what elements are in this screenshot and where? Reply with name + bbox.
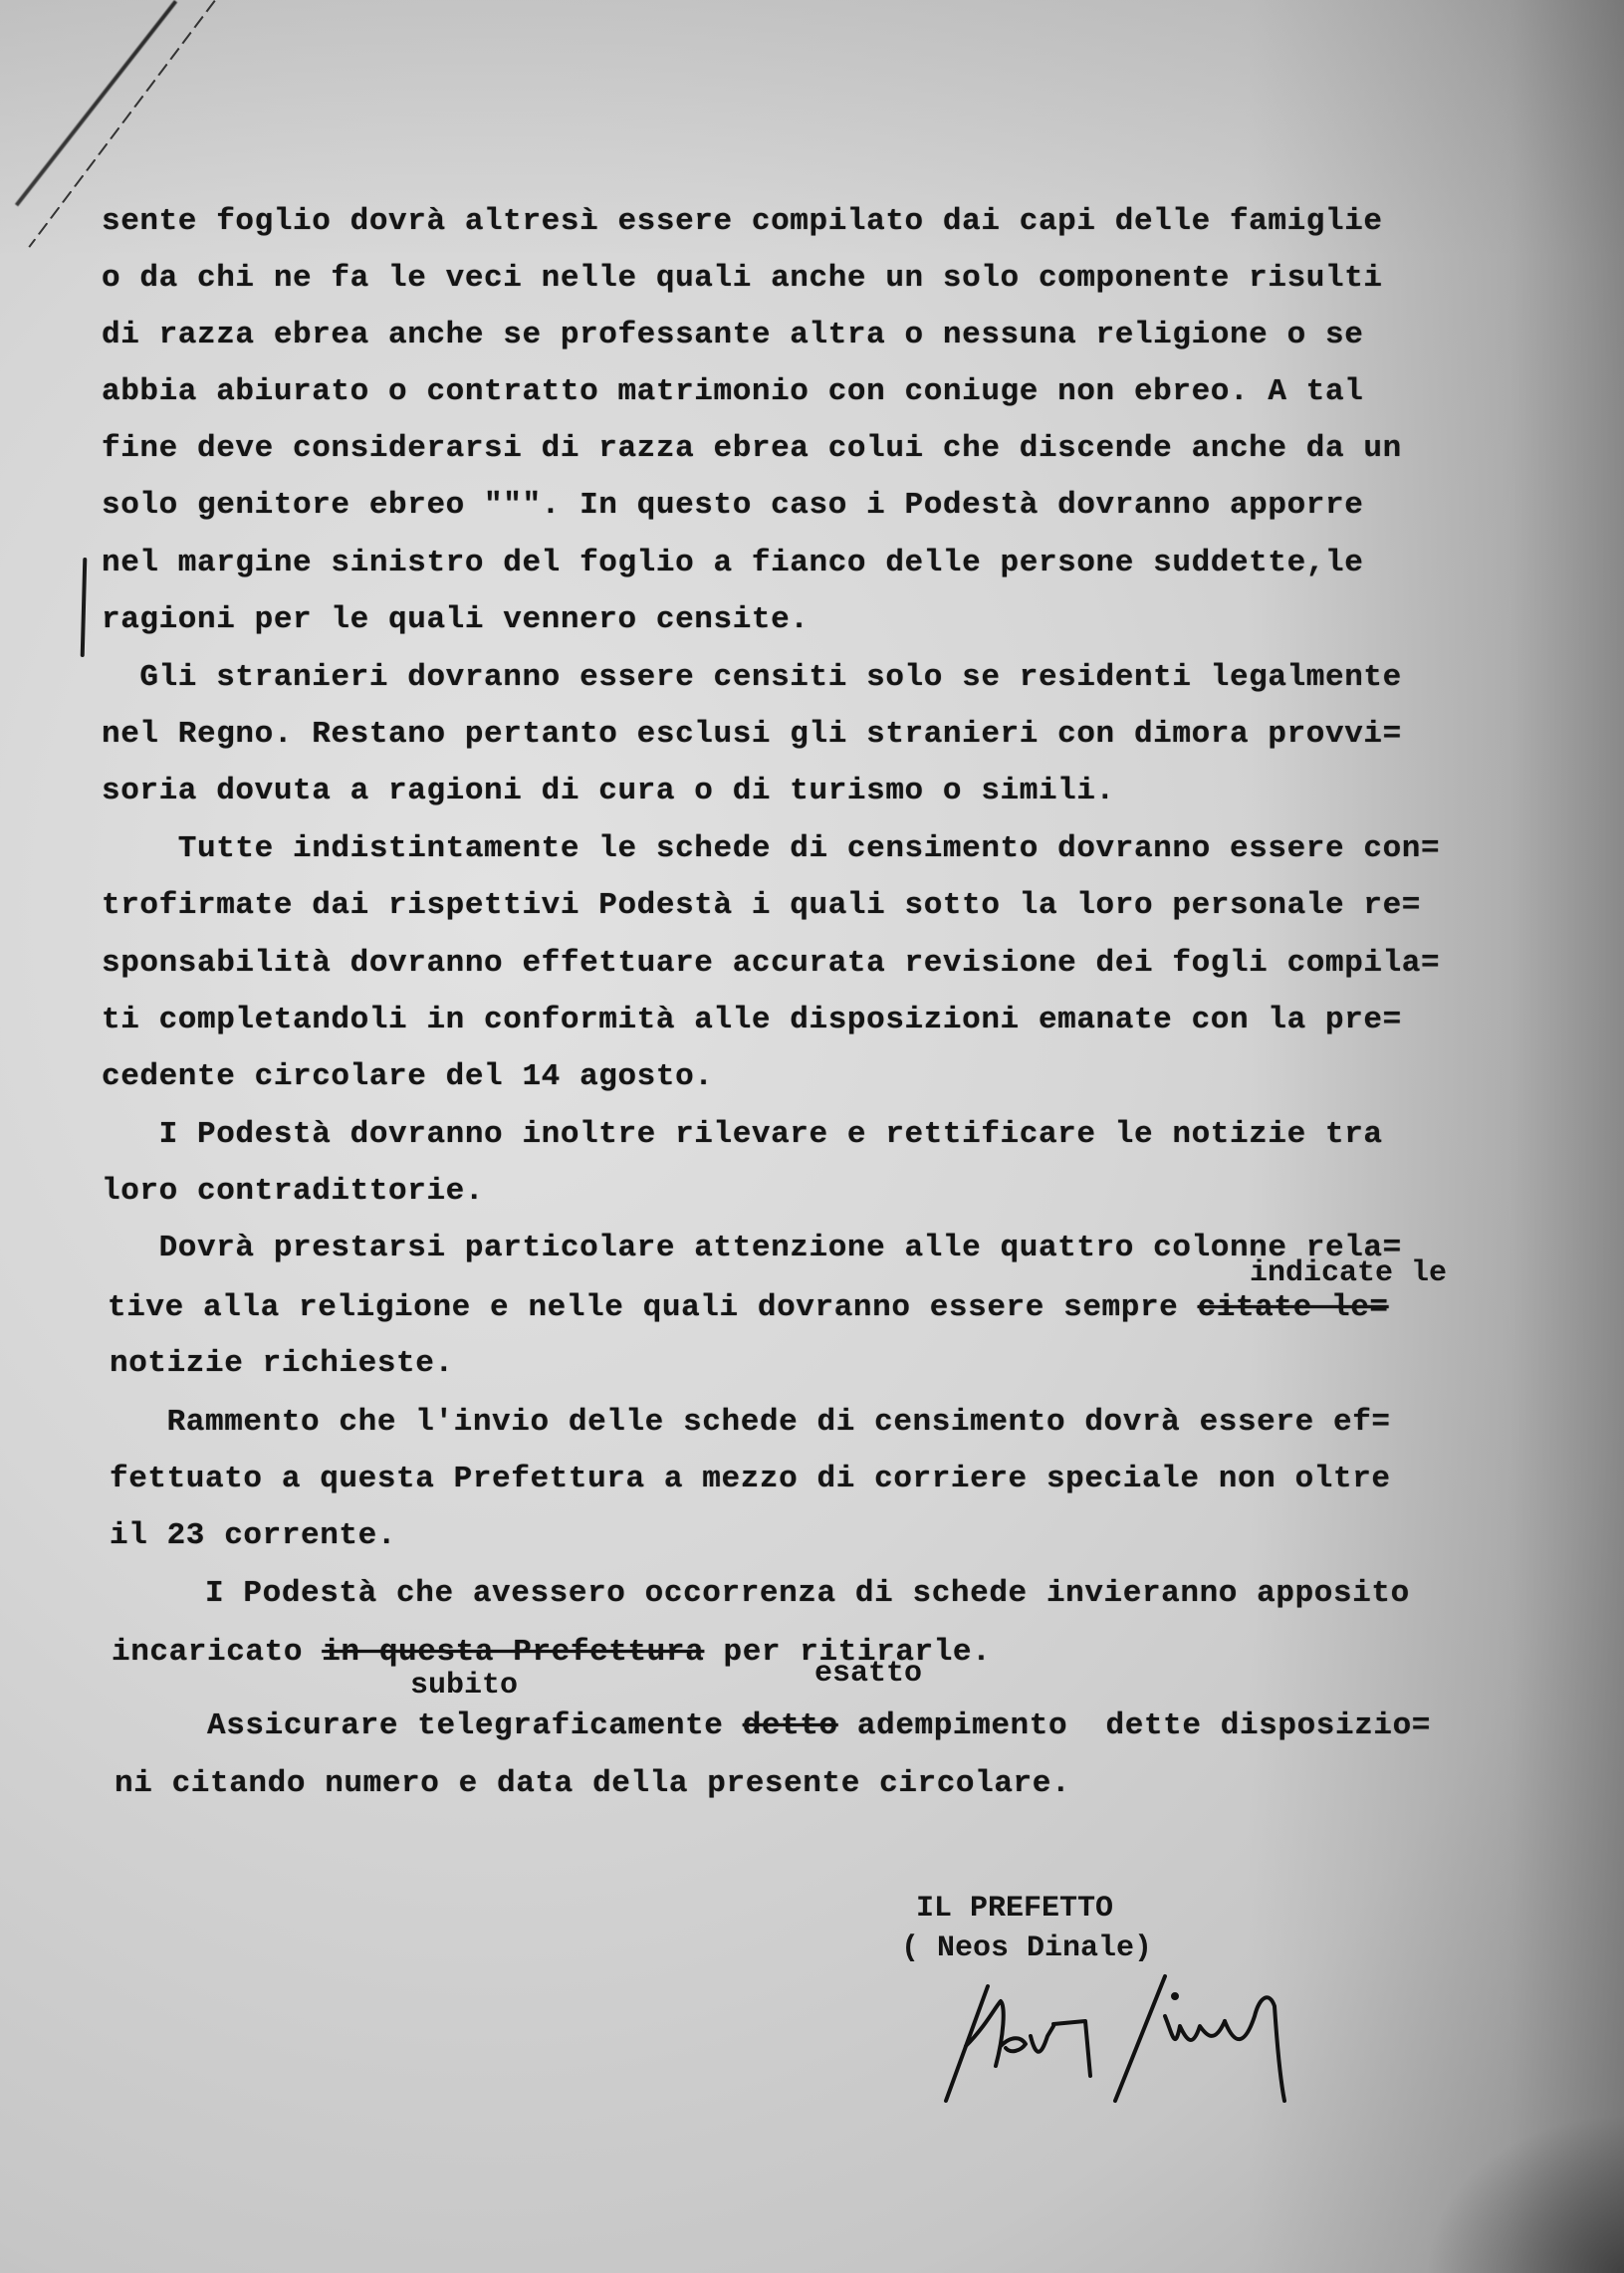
margin-pencil-mark [81, 558, 88, 657]
line-text: Gli stranieri dovranno essere censiti so… [102, 660, 1402, 695]
document-line: solo genitore ebreo """. In questo caso … [102, 488, 1363, 523]
line-text: nel margine sinistro del foglio a fianco… [102, 546, 1363, 580]
line-text: soria dovuta a ragioni di cura o di turi… [102, 774, 1115, 808]
line-text: sente foglio dovrà altresì essere compil… [102, 204, 1383, 239]
handwritten-signature [926, 1966, 1344, 2106]
interlinear-correction: indicate le [1250, 1256, 1447, 1290]
line-text: Rammento che l'invio delle schede di cen… [110, 1405, 1391, 1440]
line-text: fine deve considerarsi di razza ebrea co… [102, 431, 1402, 466]
document-line: fine deve considerarsi di razza ebrea co… [102, 431, 1402, 466]
line-text: notizie richieste. [110, 1346, 454, 1381]
line-text: I Podestà che avessero occorrenza di sch… [110, 1576, 1410, 1611]
paper-shadow-corner [1425, 2114, 1624, 2273]
line-text: incaricato [112, 1635, 322, 1670]
document-line: sponsabilità dovranno effettuare accurat… [102, 946, 1440, 981]
line-text: tive alla religione e nelle quali dovran… [108, 1290, 1198, 1325]
struck-text: in questa Prefettura [322, 1635, 704, 1670]
paper-fold-line [15, 0, 177, 206]
line-text: loro contradittorie. [102, 1174, 484, 1209]
interlinear-correction: subito [410, 1669, 518, 1703]
struck-text: citate le= [1198, 1290, 1389, 1325]
document-line: cedente circolare del 14 agosto. [102, 1059, 714, 1094]
document-line: I Podestà che avessero occorrenza di sch… [110, 1576, 1410, 1611]
line-text: ti completandoli in conformità alle disp… [102, 1003, 1402, 1037]
document-line: notizie richieste. [110, 1346, 454, 1381]
line-text: fettuato a questa Prefettura a mezzo di … [110, 1462, 1391, 1496]
document-line: loro contradittorie. [102, 1174, 484, 1209]
line-text: nel Regno. Restano pertanto esclusi gli … [102, 717, 1402, 752]
document-line: soria dovuta a ragioni di cura o di turi… [102, 774, 1115, 808]
line-text: sponsabilità dovranno effettuare accurat… [102, 946, 1440, 981]
line-text: Tutte indistintamente le schede di censi… [102, 831, 1440, 866]
document-line: tive alla religione e nelle quali dovran… [108, 1290, 1389, 1325]
line-text: di razza ebrea anche se professante altr… [102, 318, 1363, 352]
document-line: Gli stranieri dovranno essere censiti so… [102, 660, 1402, 695]
document-line: il 23 corrente. [110, 1518, 396, 1553]
line-text: trofirmate dai rispettivi Podestà i qual… [102, 888, 1421, 923]
document-line: nel margine sinistro del foglio a fianco… [102, 546, 1363, 580]
interlinear-correction: esatto [814, 1657, 922, 1691]
document-line: abbia abiurato o contratto matrimonio co… [102, 374, 1363, 409]
document-line: nel Regno. Restano pertanto esclusi gli … [102, 717, 1402, 752]
document-line: ti completandoli in conformità alle disp… [102, 1003, 1402, 1037]
line-text: Dovrà prestarsi particolare attenzione a… [102, 1231, 1402, 1265]
document-line: Assicurare telegraficamente detto adempi… [112, 1708, 1431, 1743]
document-line: o da chi ne fa le veci nelle quali anche… [102, 261, 1383, 296]
line-text: il 23 corrente. [110, 1518, 396, 1553]
document-line: ragioni per le quali vennero censite. [102, 602, 810, 637]
scanned-document-page: sente foglio dovrà altresì essere compil… [0, 0, 1624, 2273]
line-text: ragioni per le quali vennero censite. [102, 602, 810, 637]
line-text: abbia abiurato o contratto matrimonio co… [102, 374, 1363, 409]
document-line: sente foglio dovrà altresì essere compil… [102, 204, 1383, 239]
document-line: di razza ebrea anche se professante altr… [102, 318, 1363, 352]
document-line: trofirmate dai rispettivi Podestà i qual… [102, 888, 1421, 923]
line-text: ni citando numero e data della presente … [115, 1766, 1070, 1801]
signatory-title: IL PREFETTO [916, 1892, 1113, 1926]
line-text: Assicurare telegraficamente [112, 1708, 743, 1743]
line-text: o da chi ne fa le veci nelle quali anche… [102, 261, 1383, 296]
line-text: solo genitore ebreo """. In questo caso … [102, 488, 1363, 523]
line-text: I Podestà dovranno inoltre rilevare e re… [102, 1117, 1383, 1152]
signatory-name: ( Neos Dinale) [901, 1932, 1152, 1965]
line-text: cedente circolare del 14 agosto. [102, 1059, 714, 1094]
document-line: I Podestà dovranno inoltre rilevare e re… [102, 1117, 1383, 1152]
document-line: Dovrà prestarsi particolare attenzione a… [102, 1231, 1402, 1265]
line-text-continued: adempimento dette disposizio= [838, 1708, 1431, 1743]
document-line: Tutte indistintamente le schede di censi… [102, 831, 1440, 866]
document-line: ni citando numero e data della presente … [115, 1766, 1070, 1801]
document-line: fettuato a questa Prefettura a mezzo di … [110, 1462, 1391, 1496]
struck-text: detto [743, 1708, 838, 1743]
document-line: Rammento che l'invio delle schede di cen… [110, 1405, 1391, 1440]
